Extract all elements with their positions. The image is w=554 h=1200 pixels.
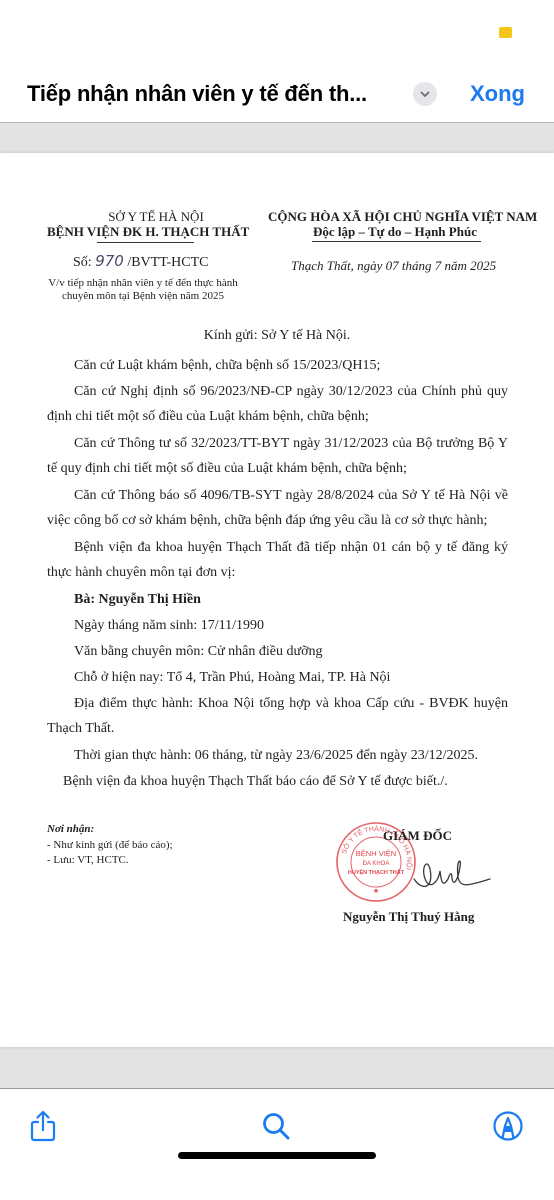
national-motto: Độc lập – Tự do – Hạnh Phúc xyxy=(313,224,477,240)
person-dob: Ngày tháng năm sinh: 17/11/1990 xyxy=(74,613,508,638)
document-title[interactable]: Tiếp nhận nhân viên y tế đến th... xyxy=(27,81,367,107)
paragraph: Căn cứ Nghị định số 96/2023/NĐ-CP ngày 3… xyxy=(47,379,508,429)
svg-text:BỆNH VIỆN: BỆNH VIỆN xyxy=(356,849,396,858)
document-date: Thạch Thất, ngày 07 tháng 7 năm 2025 xyxy=(291,258,496,274)
person-duration: Thời gian thực hành: 06 tháng, từ ngày 2… xyxy=(47,743,508,768)
recipient-item: - Lưu: VT, HCTC. xyxy=(47,854,129,866)
paragraph: Căn cứ Luật khám bệnh, chữa bệnh số 15/2… xyxy=(47,353,508,378)
search-icon xyxy=(261,1111,291,1141)
status-bar xyxy=(0,0,554,60)
svg-text:HUYỆN THẠCH THẤT: HUYỆN THẠCH THẤT xyxy=(348,868,405,876)
person-address: Chỗ ở hiện nay: Tổ 4, Trần Phú, Hoàng Ma… xyxy=(74,665,508,690)
document-subject: V/v tiếp nhận nhân viên y tế đến thực hà… xyxy=(43,277,243,303)
nav-header: Tiếp nhận nhân viên y tế đến th... Xong xyxy=(0,60,554,123)
chevron-down-icon xyxy=(419,88,431,100)
home-indicator[interactable] xyxy=(178,1152,376,1159)
search-button[interactable] xyxy=(259,1109,293,1143)
document-page: SỞ Y TẾ HÀ NỘI BỆNH VIỆN ĐK H. THẠCH THẤ… xyxy=(0,153,554,1047)
issuer-hospital: BỆNH VIỆN ĐK H. THẠCH THẤT xyxy=(47,224,249,240)
done-button[interactable]: Xong xyxy=(470,81,525,107)
title-menu-button[interactable] xyxy=(413,82,437,106)
signatory-name: Nguyễn Thị Thuý Hằng xyxy=(343,909,474,925)
closing-statement: Bệnh viện đa khoa huyện Thạch Thất báo c… xyxy=(47,769,508,794)
person-name: Bà: Nguyễn Thị Hiền xyxy=(74,587,508,612)
paragraph: Căn cứ Thông báo số 4096/TB-SYT ngày 28/… xyxy=(47,483,508,533)
document-viewer[interactable]: SỞ Y TẾ HÀ NỘI BỆNH VIỆN ĐK H. THẠCH THẤ… xyxy=(0,123,554,1088)
handwritten-number: 970 xyxy=(95,252,124,270)
privacy-indicator-icon xyxy=(499,27,512,38)
person-location: Địa điểm thực hành: Khoa Nội tổng hợp và… xyxy=(47,691,508,741)
recipient-item: - Như kính gửi (để báo cáo); xyxy=(47,839,173,851)
issuer-authority: SỞ Y TẾ HÀ NỘI xyxy=(96,209,216,225)
signatory-title: GIÁM ĐỐC xyxy=(383,828,452,844)
bottom-toolbar xyxy=(0,1088,554,1200)
paragraph: Căn cứ Thông tư số 32/2023/TT-BYT ngày 3… xyxy=(47,431,508,481)
share-icon xyxy=(30,1110,56,1142)
greeting: Kính gửi: Sở Y tế Hà Nội. xyxy=(0,328,554,344)
svg-text:★: ★ xyxy=(373,887,379,895)
markup-button[interactable] xyxy=(491,1109,525,1143)
handwritten-signature-icon xyxy=(412,849,492,894)
issuer-underline xyxy=(97,242,194,243)
document-number: Số: 970 /BVTT-HCTC xyxy=(73,252,208,271)
markup-icon xyxy=(492,1110,524,1142)
paragraph: Bệnh viện đa khoa huyện Thạch Thất đã ti… xyxy=(47,535,508,585)
recipients-title: Nơi nhận: xyxy=(47,823,94,835)
svg-text:ĐA KHOA: ĐA KHOA xyxy=(363,861,390,867)
motto-underline xyxy=(312,241,481,242)
share-button[interactable] xyxy=(26,1109,60,1143)
national-title: CỘNG HÒA XÃ HỘI CHỦ NGHĨA VIỆT NAM xyxy=(268,209,537,225)
person-degree: Văn bằng chuyên môn: Cử nhân điều dưỡng xyxy=(74,639,508,664)
